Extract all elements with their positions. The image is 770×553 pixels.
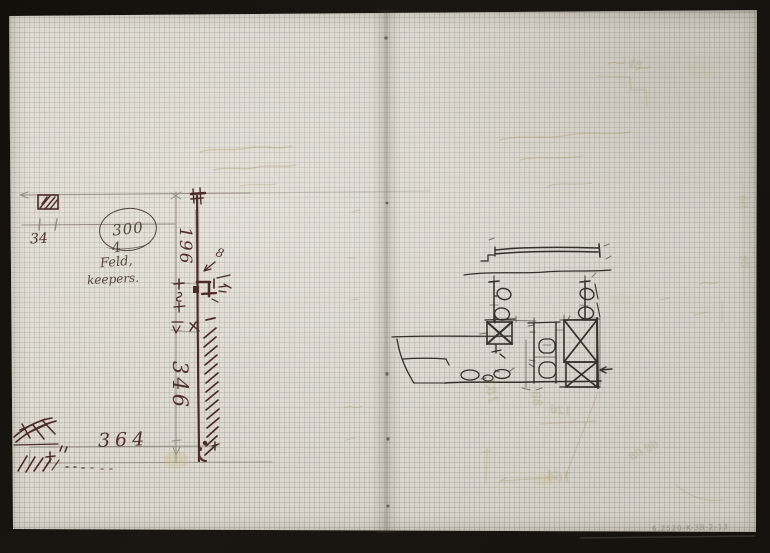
dimension-label-300: 300 [111,220,144,238]
notebook-paper [9,10,757,533]
scanned-notebook-photo: 34 300 4 Feld, keepers. 196 8 346 364 48… [0,0,770,553]
under-page-edge [580,536,755,538]
